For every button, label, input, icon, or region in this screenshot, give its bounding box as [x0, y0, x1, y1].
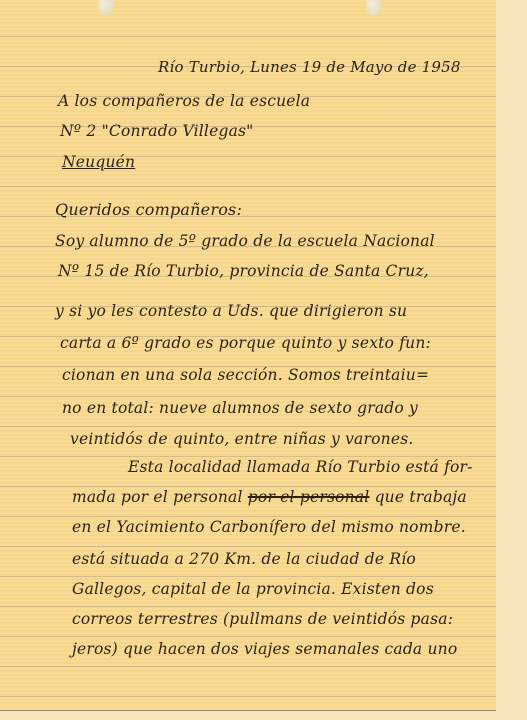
- letter-dateline: Río Turbio, Lunes 19 de Mayo de 1958: [158, 58, 461, 76]
- body-line: en el Yacimiento Carbonífero del mismo n…: [72, 518, 466, 536]
- body-line: cionan en una sola sección. Somos treint…: [62, 366, 429, 384]
- body-line: está situada a 270 Km. de la ciudad de R…: [72, 550, 416, 568]
- punch-hole-right: [366, 0, 382, 16]
- address-line-2: Nº 2 "Conrado Villegas": [60, 122, 254, 140]
- lined-paper-sheet: Río Turbio, Lunes 19 de Mayo de 1958 A l…: [0, 0, 496, 711]
- scan-background-bottom: [0, 711, 527, 720]
- body-line-paragraph-start: Esta localidad llamada Río Turbio está f…: [128, 458, 473, 476]
- body-line: carta a 6º grado es porque quinto y sext…: [60, 334, 431, 352]
- body-line-with-strikethrough: mada por el personal por el personal que…: [72, 488, 467, 506]
- body-text: que trabaja: [375, 488, 467, 506]
- body-line: Soy alumno de 5º grado de la escuela Nac…: [55, 232, 435, 250]
- body-line: Gallegos, capital de la provincia. Exist…: [72, 580, 434, 598]
- punch-hole-left: [98, 0, 114, 16]
- struck-out-text: por el personal: [248, 488, 370, 506]
- address-line-1: A los compañeros de la escuela: [58, 92, 310, 110]
- body-line: correos terrestres (pullmans de veintidó…: [72, 610, 453, 628]
- salutation: Queridos compañeros:: [55, 200, 242, 219]
- scan-background-right: [496, 0, 527, 720]
- body-line: Nº 15 de Río Turbio, provincia de Santa …: [58, 262, 429, 280]
- body-text: mada por el personal: [72, 488, 243, 506]
- body-line: y si yo les contesto a Uds. que dirigier…: [55, 302, 407, 320]
- address-line-3: Neuquén: [62, 153, 135, 171]
- body-line: jeros) que hacen dos viajes semanales ca…: [72, 640, 457, 658]
- body-line: no en total: nueve alumnos de sexto grad…: [62, 399, 418, 417]
- body-line: veintidós de quinto, entre niñas y varon…: [70, 430, 413, 448]
